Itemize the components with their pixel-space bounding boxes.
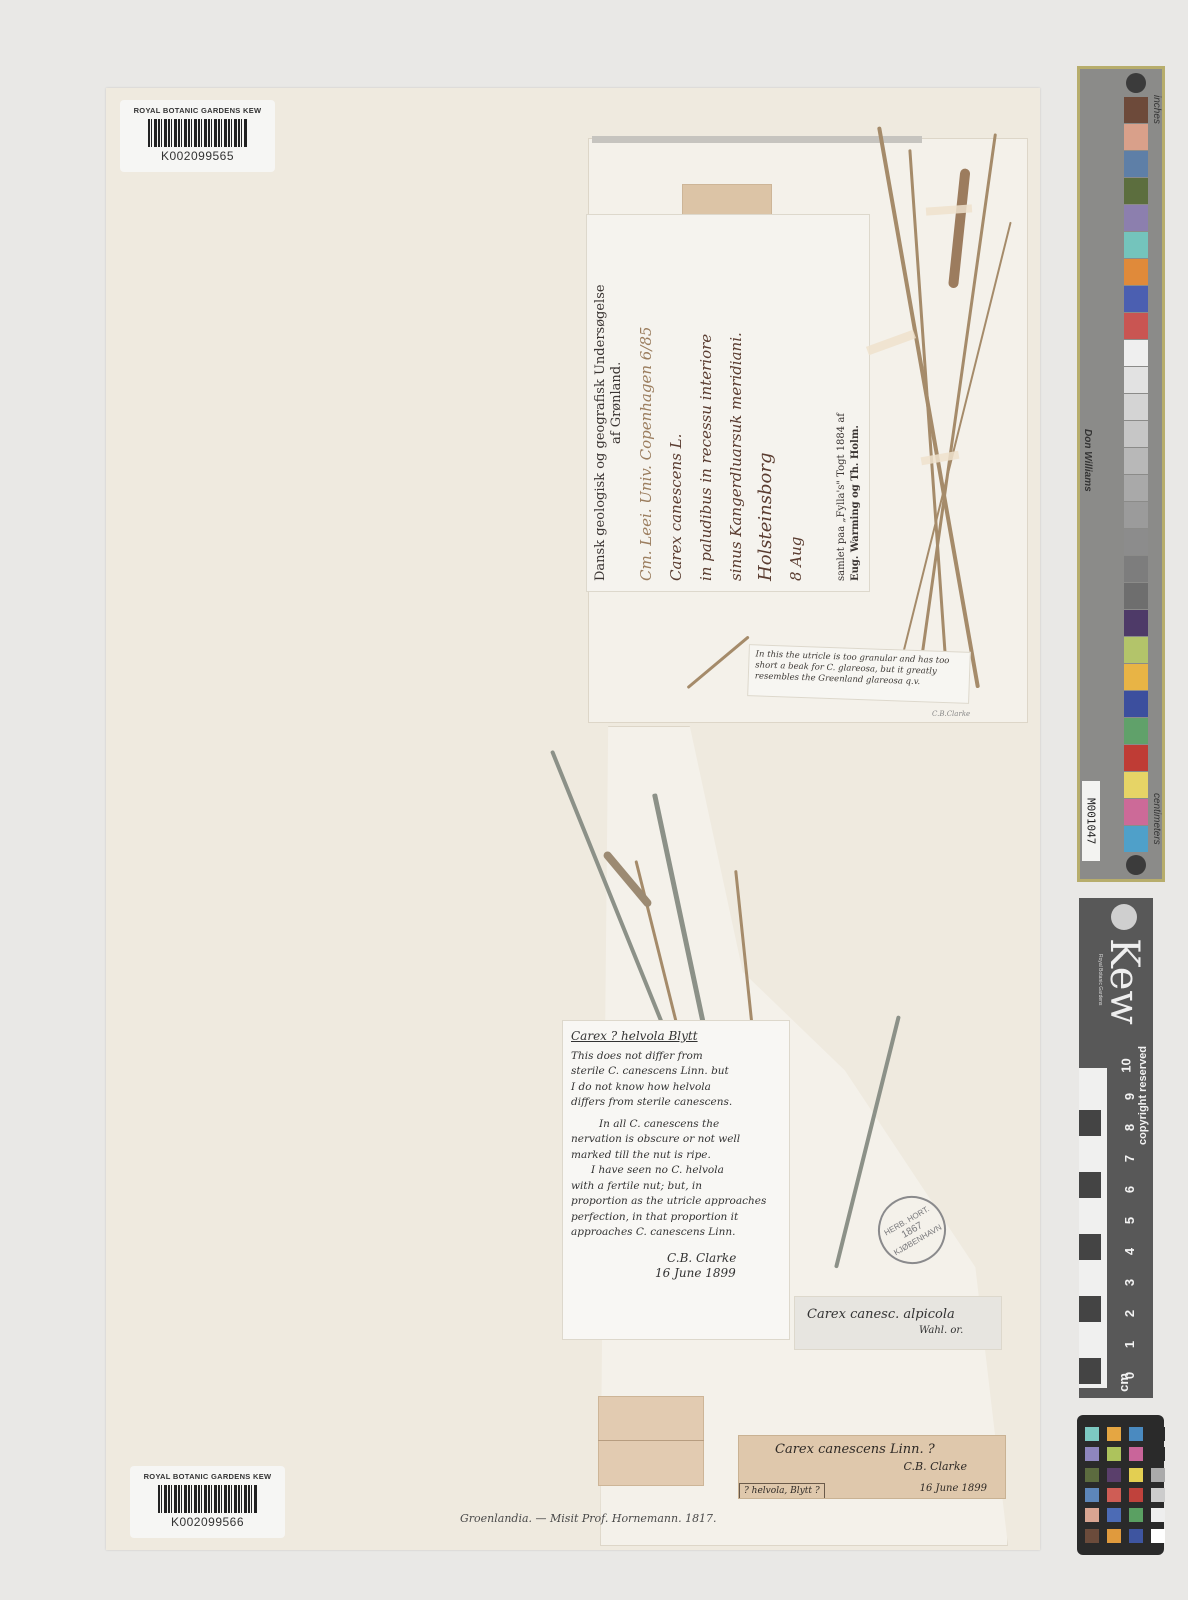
institution-name: ROYAL BOTANIC GARDENS KEW — [130, 1472, 285, 1481]
ruler-block — [1079, 1172, 1101, 1198]
tape-strip — [592, 136, 922, 143]
color-patch — [1124, 583, 1148, 609]
checker-patch — [1151, 1447, 1165, 1461]
scale-tick-label: 4 — [1122, 1248, 1137, 1255]
centimeters-label: centimeters — [1146, 793, 1162, 845]
note-text: In this the utricle is too granular and … — [755, 649, 950, 687]
note-date: 16 June 1899 — [571, 1266, 781, 1282]
hand-line-6: 8 Aug — [781, 225, 811, 581]
label-printed-header: Dansk geologisk og geografisk Undersøgel… — [593, 225, 625, 581]
color-patch — [1124, 421, 1148, 447]
scale-tick-label: 8 — [1122, 1124, 1137, 1131]
ruler-block — [1079, 1110, 1101, 1136]
color-patch — [1124, 97, 1148, 123]
checker-patch — [1085, 1447, 1099, 1461]
color-patch — [1124, 205, 1148, 231]
checker-patch — [1151, 1468, 1165, 1482]
herbarium-sheet: ROYAL BOTANIC GARDENS KEW K002099565 Dan… — [106, 88, 1040, 1550]
checker-patch — [1129, 1468, 1143, 1482]
ruler-block — [1079, 1234, 1101, 1260]
color-patch — [1124, 772, 1148, 798]
color-patch — [1124, 475, 1148, 501]
copyright-text: copyright reserved — [1137, 1046, 1149, 1145]
scale-tick-label: 2 — [1122, 1310, 1137, 1317]
packet-fold — [598, 1440, 704, 1441]
scale-tick-label: 7 — [1122, 1155, 1137, 1162]
color-patch — [1124, 178, 1148, 204]
scale-tick-label: 5 — [1122, 1217, 1137, 1224]
checker-patch — [1085, 1488, 1099, 1502]
header-line-2: af Grønland. — [609, 225, 625, 581]
color-patch — [1124, 691, 1148, 717]
barcode-label-top: ROYAL BOTANIC GARDENS KEW K002099565 — [120, 100, 275, 172]
checker-patch — [1085, 1508, 1099, 1522]
note-line: This does not differ from — [571, 1049, 781, 1065]
barcode-number: K002099566 — [130, 1515, 285, 1529]
kew-logo: Kew — [1101, 938, 1147, 1025]
color-patch — [1124, 232, 1148, 258]
color-patch — [1124, 718, 1148, 744]
checker-patch — [1085, 1529, 1099, 1543]
hand-line-2: Carex canescens L. — [661, 225, 691, 581]
footer-line-1: samlet paa „Fylla's" Togt 1884 af — [835, 225, 849, 581]
chart-brand: Don Williams — [1082, 429, 1093, 492]
checker-patch — [1085, 1468, 1099, 1482]
ruler-block — [1079, 1358, 1101, 1384]
note-line: differs from sterile canescens. — [571, 1095, 781, 1111]
note-signature: C.B. Clarke — [571, 1251, 781, 1267]
checker-patch — [1085, 1427, 1099, 1441]
note-line: marked till the nut is ripe. — [571, 1148, 781, 1164]
collection-label: Dansk geologisk og geografisk Undersøgel… — [586, 214, 870, 592]
det-date: 16 June 1899 — [920, 1483, 987, 1494]
hand-line-1: Cm. Leei. Univ. Copenhagen 6/85 — [631, 225, 661, 581]
ruler-block — [1079, 1296, 1101, 1322]
label-printed-footer: samlet paa „Fylla's" Togt 1884 af Eug. W… — [835, 225, 863, 581]
det-alt: ? helvola, Blytt ? — [739, 1483, 825, 1498]
note-line: approaches C. canescens Linn. — [571, 1225, 781, 1241]
color-patch — [1124, 637, 1148, 663]
det-name: Carex canescens Linn. ? — [749, 1442, 995, 1457]
kraft-packet — [682, 184, 772, 218]
color-checker — [1077, 1415, 1164, 1555]
checker-patch — [1107, 1488, 1121, 1502]
institution-name: ROYAL BOTANIC GARDENS KEW — [120, 106, 275, 115]
checker-patch — [1107, 1468, 1121, 1482]
color-patch — [1124, 745, 1148, 771]
color-patch — [1124, 124, 1148, 150]
color-patch — [1124, 259, 1148, 285]
color-patch — [1124, 448, 1148, 474]
note-line: sterile C. canescens Linn. but — [571, 1064, 781, 1080]
checker-patch — [1129, 1447, 1143, 1461]
checker-patch — [1129, 1529, 1143, 1543]
kew-crest-icon — [1111, 904, 1137, 930]
kraft-packet — [598, 1396, 704, 1486]
checker-patch — [1151, 1508, 1165, 1522]
color-reference-chart: inches centimeters Don Williams M001047 — [1077, 66, 1165, 882]
registration-dot-icon — [1126, 73, 1146, 93]
hand-line-3: in paludibus in recessu interiore — [691, 225, 721, 581]
checker-patch — [1129, 1488, 1143, 1502]
kew-subtitle: Royal Botanic Gardens — [1097, 954, 1103, 1005]
barcode-icon — [158, 1485, 258, 1513]
color-patch — [1124, 664, 1148, 690]
registration-dot-icon — [1126, 855, 1146, 875]
old-label-line-2: Wahl. or. — [807, 1323, 989, 1339]
scale-tick-label: 3 — [1122, 1279, 1137, 1286]
color-patch — [1124, 610, 1148, 636]
checker-patch — [1107, 1447, 1121, 1461]
barcode-label-bottom: ROYAL BOTANIC GARDENS KEW K002099566 — [130, 1466, 285, 1538]
scale-tick-label: 1 — [1122, 1341, 1137, 1348]
checker-patch — [1151, 1488, 1165, 1502]
determination-note-small: In this the utricle is too granular and … — [747, 644, 971, 704]
header-line-1: Dansk geologisk og geografisk Undersøgel… — [593, 225, 609, 581]
determination-slip: Carex canescens Linn. ? C.B. Clarke ? he… — [738, 1435, 1006, 1499]
note-line: proportion as the utricle approaches — [571, 1194, 781, 1210]
label-handwriting: Cm. Leei. Univ. Copenhagen 6/85 Carex ca… — [631, 225, 811, 581]
note-title: Carex ? helvola Blytt — [571, 1029, 781, 1045]
color-patch — [1124, 340, 1148, 366]
color-patch — [1124, 556, 1148, 582]
checker-patch — [1151, 1427, 1165, 1441]
checker-patch — [1107, 1529, 1121, 1543]
determination-note-main: Carex ? helvola Blytt This does not diff… — [562, 1020, 790, 1340]
note-line: I do not know how helvola — [571, 1080, 781, 1096]
hand-line-5: Holsteinsborg — [751, 225, 781, 581]
note-line: perfection, in that proportion it — [571, 1210, 781, 1226]
chart-code: M001047 — [1082, 781, 1100, 861]
barcode-icon — [148, 119, 248, 147]
color-patch — [1124, 313, 1148, 339]
scale-tick-label: 6 — [1122, 1186, 1137, 1193]
checker-patch — [1107, 1427, 1121, 1441]
barcode-number: K002099565 — [120, 149, 275, 163]
hand-line-4: sinus Kangerdluarsuk meridiani. — [721, 225, 751, 581]
scale-tick-label: 10 — [1118, 1058, 1133, 1072]
old-label-line-1: Carex canesc. alpicola — [807, 1307, 989, 1323]
checker-patch — [1107, 1508, 1121, 1522]
color-patch — [1124, 529, 1148, 555]
note-line: I have seen no C. helvola — [571, 1163, 781, 1179]
checker-patch — [1151, 1529, 1165, 1543]
kew-scale-bar: Kew Royal Botanic Gardens copyright rese… — [1079, 898, 1153, 1398]
inches-label: inches — [1146, 95, 1162, 124]
old-label: Carex canesc. alpicola Wahl. or. — [794, 1296, 1002, 1350]
bottom-inscription: Groenlandia. — Misit Prof. Hornemann. 18… — [460, 1512, 717, 1525]
color-patch — [1124, 367, 1148, 393]
note-signature: C.B.Clarke — [932, 710, 970, 718]
color-patch — [1124, 799, 1148, 825]
note-line: with a fertile nut; but, in — [571, 1179, 781, 1195]
color-patch — [1124, 826, 1148, 852]
scale-tick-label: 0 — [1122, 1372, 1137, 1379]
color-patch — [1124, 394, 1148, 420]
note-line: nervation is obscure or not well — [571, 1132, 781, 1148]
checker-patch — [1129, 1427, 1143, 1441]
note-line: In all C. canescens the — [571, 1117, 781, 1133]
det-signature: C.B. Clarke — [903, 1460, 967, 1473]
cm-ruler — [1079, 1068, 1107, 1388]
color-patch — [1124, 502, 1148, 528]
color-patch — [1124, 151, 1148, 177]
color-patch — [1124, 286, 1148, 312]
footer-line-2: Eug. Warming og Th. Holm. — [849, 225, 863, 581]
checker-patch — [1129, 1508, 1143, 1522]
scale-tick-label: 9 — [1122, 1093, 1137, 1100]
